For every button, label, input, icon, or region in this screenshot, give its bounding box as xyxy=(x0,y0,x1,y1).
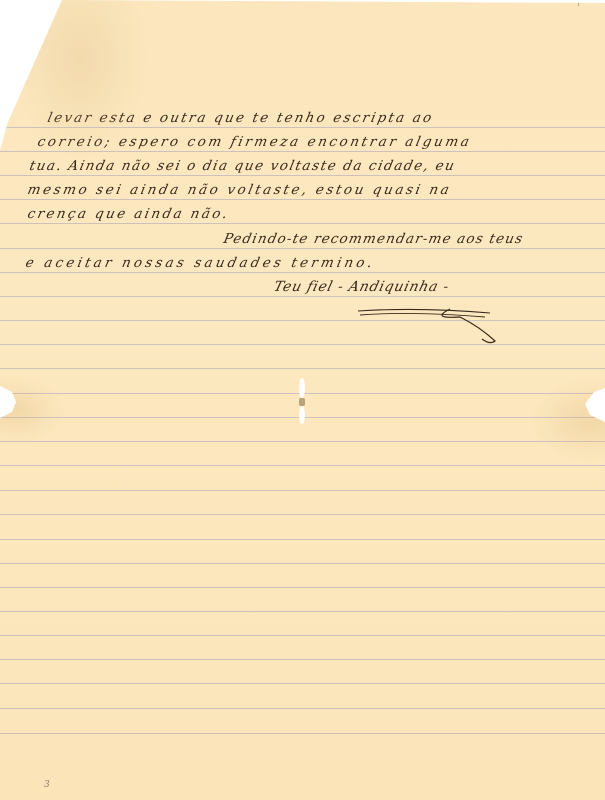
letter-line: tua. Ainda não sei o dia que voltaste da… xyxy=(28,158,457,174)
ruled-line xyxy=(0,344,605,345)
ruled-line xyxy=(0,223,605,224)
letter-line: correio; espero com firmeza encontrar al… xyxy=(36,134,473,150)
ruled-line xyxy=(0,563,605,564)
ruled-line xyxy=(0,296,605,297)
ruled-line xyxy=(0,272,605,273)
ruled-line xyxy=(0,733,605,734)
signature-flourish-icon xyxy=(350,305,500,345)
ruled-line xyxy=(0,465,605,466)
ruled-line xyxy=(0,320,605,321)
ruled-line xyxy=(0,659,605,660)
ruled-line xyxy=(0,539,605,540)
signature: Teu fiel - Andiquinha - xyxy=(272,279,451,295)
ruled-line xyxy=(0,199,605,200)
ruled-line xyxy=(0,151,605,152)
ruled-line xyxy=(0,441,605,442)
letter-line: crença que ainda não. xyxy=(26,206,231,222)
closing-line: e aceitar nossas saudades termino. xyxy=(24,255,377,271)
ruled-line xyxy=(0,587,605,588)
fold-slit xyxy=(299,378,305,398)
edge-mark xyxy=(578,0,579,6)
letter-page: levar esta e outra que te tenho escripta… xyxy=(0,0,605,800)
ruled-line xyxy=(0,683,605,684)
letter-line: levar esta e outra que te tenho escripta… xyxy=(46,110,435,126)
ruled-line xyxy=(0,127,605,128)
fold-slit xyxy=(299,406,305,424)
ruled-line xyxy=(0,708,605,709)
ruled-line xyxy=(0,248,605,249)
ruled-line xyxy=(0,611,605,612)
letter-line: mesmo sei ainda não voltaste, estou quas… xyxy=(26,182,453,198)
closing-line: Pedindo-te recommendar-me aos teus xyxy=(222,231,525,247)
corner-mark: 3 xyxy=(44,780,50,790)
ruled-line xyxy=(0,368,605,369)
ruled-line xyxy=(0,175,605,176)
ruled-line xyxy=(0,635,605,636)
fold-stain xyxy=(299,398,305,406)
ruled-line xyxy=(0,490,605,491)
ruled-line xyxy=(0,514,605,515)
